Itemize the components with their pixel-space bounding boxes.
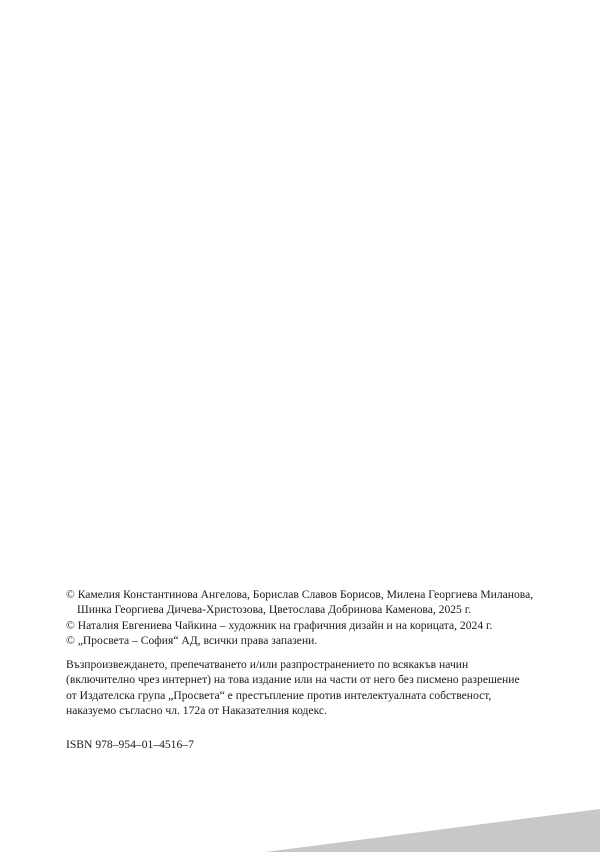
imprint-page: © Камелия Константинова Ангелова, Борисл… (0, 0, 600, 852)
decorative-corner-wedge (0, 0, 600, 852)
legal-notice-line: наказуемо съгласно чл. 172а от Наказател… (66, 703, 546, 718)
copyright-authors-line: © Камелия Константинова Ангелова, Борисл… (66, 587, 546, 602)
isbn-number: ISBN 978–954–01–4516–7 (66, 737, 194, 752)
copyright-authors-continuation: Шинка Георгиева Дичева-Христозова, Цвето… (66, 602, 546, 617)
legal-notice-line: Възпроизвеждането, препечатването и/или … (66, 657, 546, 672)
legal-notice-line: от Издателска група „Просвета“ е престъп… (66, 688, 546, 703)
copyright-designer-line: © Наталия Евгениева Чайкина – художник н… (66, 618, 546, 633)
legal-notice-line: (включително чрез интернет) на това изда… (66, 672, 546, 687)
legal-notice: Възпроизвеждането, препечатването и/или … (66, 657, 546, 718)
copyright-publisher-line: © „Просвета – София“ АД, всички права за… (66, 633, 546, 648)
copyright-notice: © Камелия Константинова Ангелова, Борисл… (66, 587, 546, 648)
